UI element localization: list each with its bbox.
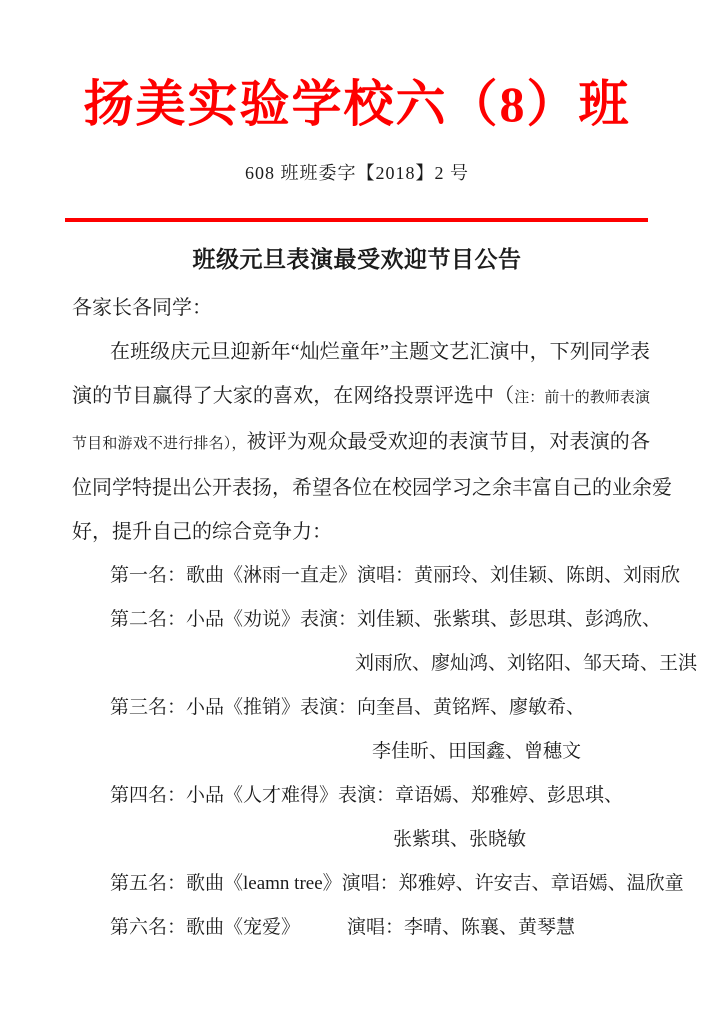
salutation: 各家长各同学： — [72, 286, 650, 330]
ranking-item-6: 第六名：歌曲《宠爱》演唱：李晴、陈襄、黄琴慧 — [110, 906, 650, 950]
ranking-item-6-performers: 演唱：李晴、陈襄、黄琴慧 — [347, 917, 575, 938]
ranking-item-4: 第四名：小品《人才难得》表演：章语嫣、郑雅婷、彭思琪、 — [110, 774, 650, 818]
ranking-item-1: 第一名：歌曲《淋雨一直走》演唱：黄丽玲、刘佳颖、陈朗、刘雨欣 — [110, 554, 650, 598]
ranking-item-3-continued: 李佳昕、田国鑫、曾穗文 — [372, 730, 650, 774]
paragraph-line: 位同学特提出公开表扬，希望各位在校园学习之余丰富自己的业余爱 — [72, 466, 650, 510]
ranking-item-2: 第二名：小品《劝说》表演：刘佳颖、张紫琪、彭思琪、彭鸿欣、 — [110, 598, 650, 642]
paragraph-line: 演的节目赢得了大家的喜欢，在网络投票评选中（注：前十的教师表演 — [72, 374, 650, 420]
notice-body: 各家长各同学： 在班级庆元旦迎新年“灿烂童年”主题文艺汇演中，下列同学表 演的节… — [72, 286, 650, 950]
red-divider-rule — [65, 218, 648, 222]
ranking-item-6-program: 第六名：歌曲《宠爱》 — [110, 917, 300, 938]
notice-title: 班级元旦表演最受欢迎节目公告 — [0, 242, 714, 276]
paragraph-text: 被评为观众最受欢迎的表演节目，对表演的各 — [247, 431, 650, 453]
ranking-item-5: 第五名：歌曲《leamn tree》演唱：郑雅婷、许安吉、章语嫣、温欣童 — [110, 862, 650, 906]
paragraph-note-text: 节目和游戏不进行排名）， — [72, 436, 247, 452]
paragraph-note-text: 注：前十的教师表演 — [514, 390, 650, 406]
ranking-item-3: 第三名：小品《推销》表演：向奎昌、黄铭辉、廖敏希、 — [110, 686, 650, 730]
announcement-document: 扬美实验学校六（8）班 608 班班委字【2018】2 号 班级元旦表演最受欢迎… — [0, 0, 714, 1024]
ranking-item-2-continued: 刘雨欣、廖灿鸿、刘铭阳、邹天琦、王淇 — [355, 642, 650, 686]
school-header-title: 扬美实验学校六（8）班 — [0, 64, 714, 144]
paragraph-line: 在班级庆元旦迎新年“灿烂童年”主题文艺汇演中，下列同学表 — [72, 330, 650, 374]
paragraph-line: 节目和游戏不进行排名），被评为观众最受欢迎的表演节目，对表演的各 — [72, 420, 650, 466]
paragraph-line: 好，提升自己的综合竞争力： — [72, 510, 650, 554]
ranking-item-4-continued: 张紫琪、张晓敏 — [393, 818, 650, 862]
document-reference-number: 608 班班委字【2018】2 号 — [0, 158, 714, 188]
paragraph-text: 演的节目赢得了大家的喜欢，在网络投票评选中（ — [72, 385, 514, 407]
